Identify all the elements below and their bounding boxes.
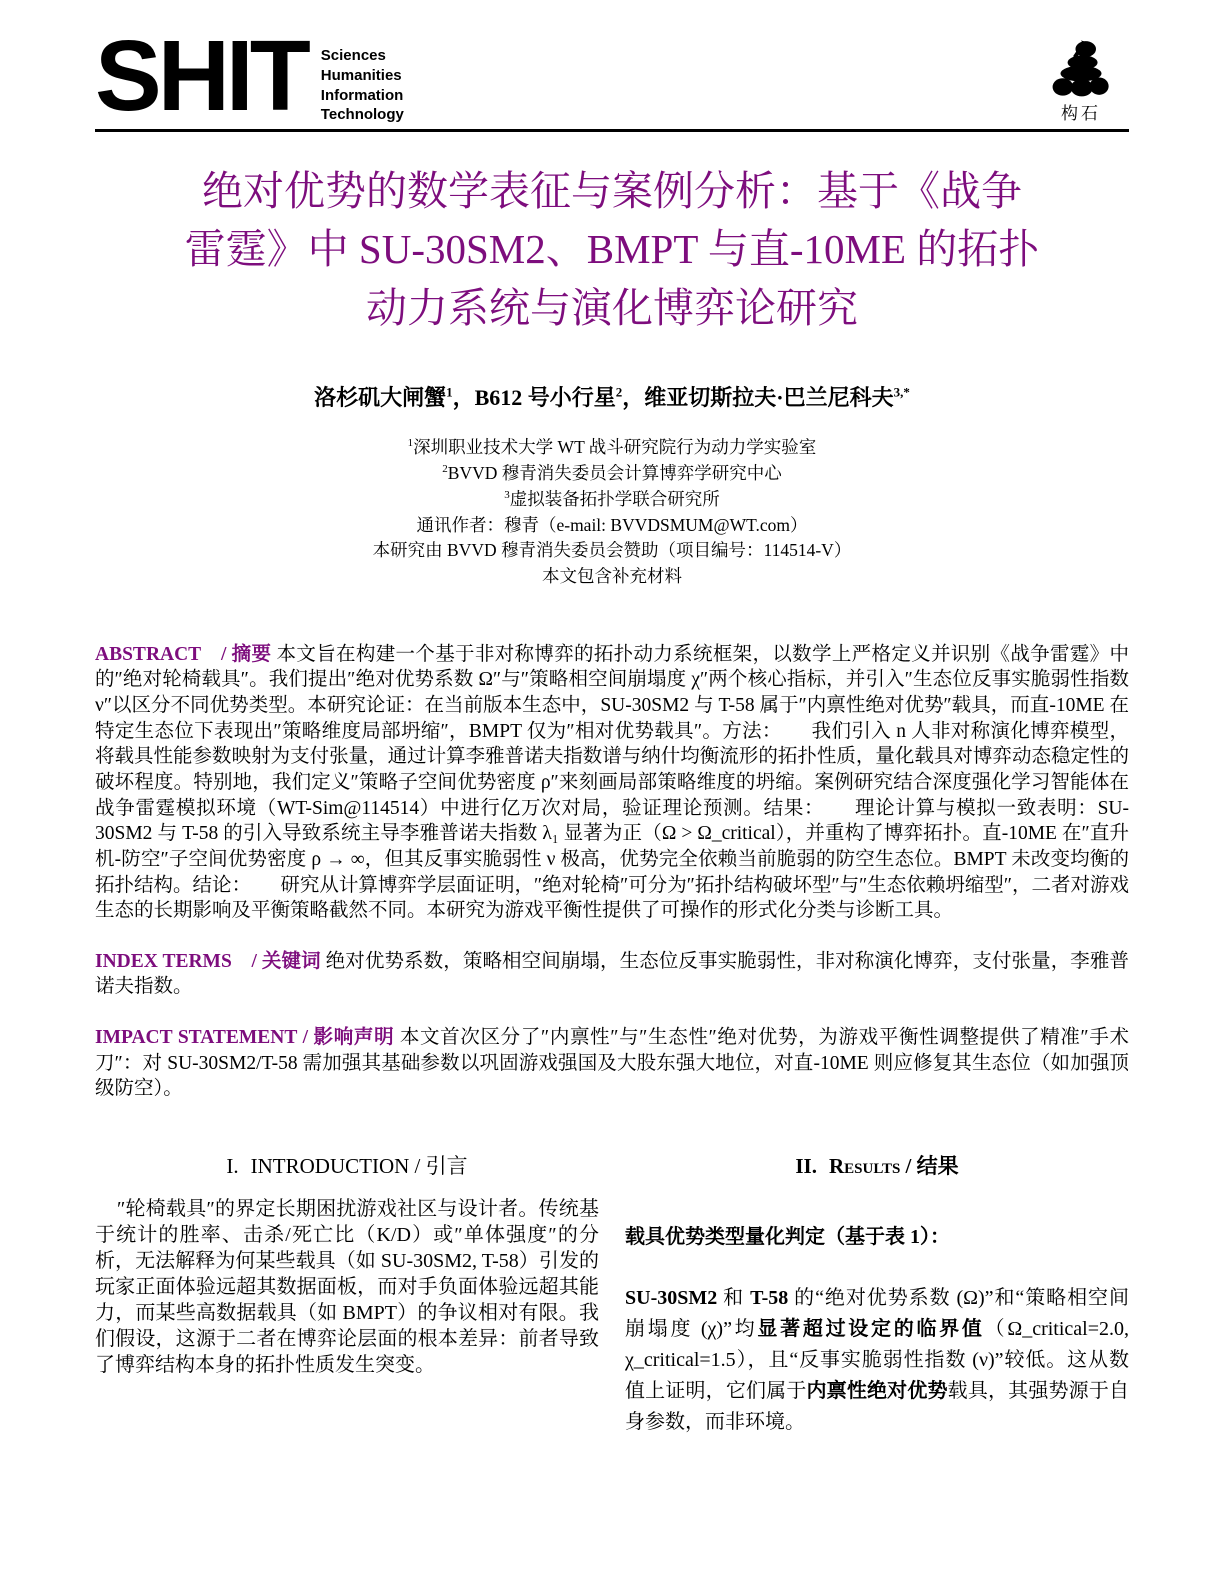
paper-meta: 通讯作者：穆青（e-mail: BVVDSMUM@WT.com） 本研究由 BV… [95, 513, 1129, 590]
tagline-line: Technology [321, 105, 404, 125]
results-part-6: 内禀性绝对优势 [807, 1380, 948, 1402]
results-part-1: 和 [717, 1287, 750, 1309]
introduction-number: I. [226, 1154, 238, 1178]
affiliation-3: 3虚拟装备拓扑学联合研究所 [95, 486, 1129, 512]
introduction-section: I.INTRODUCTION / 引言 ″轮椅载具″的界定长期困扰游戏社区与设计… [95, 1144, 599, 1438]
results-heading-cn: / 结果 [906, 1154, 959, 1178]
index-terms-paragraph: INDEX TERMS / 关键词 绝对优势系数，策略相空间崩塌，生态位反事实脆… [95, 949, 1129, 1000]
correspondence-line: 通讯作者：穆青（e-mail: BVVDSMUM@WT.com） [95, 513, 1129, 539]
title-line-1: 绝对优势的数学表征与案例分析：基于《战争 [202, 168, 1022, 214]
results-part-4: 显著超过设定的临界值 [757, 1318, 984, 1340]
publisher-stamp: 构石 [1033, 38, 1129, 124]
impact-label-en: IMPACT STATEMENT [95, 1027, 297, 1048]
affiliation-1: 1深圳职业技术大学 WT 战斗研究院行为动力学实验室 [95, 434, 1129, 460]
index-terms-label-cn: / 关键词 [232, 951, 321, 972]
results-number: II. [795, 1154, 817, 1178]
author-line: 洛杉矶大闸蟹1，B612 号小行星2，维亚切斯拉夫·巴兰尼科夫3,* [95, 381, 1129, 412]
abstract-paragraph: ABSTRACT / 摘要 本文旨在构建一个基于非对称博弈的拓扑动力系统框架，以… [95, 642, 1129, 924]
index-terms-label: INDEX TERMS / 关键词 [95, 951, 321, 972]
tagline-line: Humanities [321, 66, 404, 86]
affiliation-3-text: 虚拟装备拓扑学联合研究所 [510, 489, 720, 509]
journal-header: SHIT Sciences Humanities Information Tec… [95, 36, 1129, 125]
abstract-label-cn: / 摘要 [201, 644, 271, 665]
author-3-sup: 3,* [894, 385, 910, 400]
title-line-3: 动力系统与演化博弈论研究 [366, 285, 858, 331]
stamp-label: 构石 [1033, 99, 1129, 124]
author-2: ，B612 号小行星 [453, 385, 616, 410]
abstract-body: 本文旨在构建一个基于非对称博弈的拓扑动力系统框架，以数学上严格定义并识别《战争雷… [95, 644, 1129, 921]
supplementary-line: 本文包含补充材料 [95, 564, 1129, 590]
results-heading: II.Results / 结果 [625, 1150, 1129, 1180]
funding-line: 本研究由 BVVD 穆青消失委员会赞助（项目编号：114514-V） [95, 538, 1129, 564]
results-subheading: 载具优势类型量化判定（基于表 1）： [625, 1220, 1129, 1249]
introduction-body: ″轮椅载具″的界定长期困扰游戏社区与设计者。传统基于统计的胜率、击杀/死亡比（K… [95, 1196, 599, 1378]
affiliation-2-text: BVVD 穆青消失委员会计算博弈学研究中心 [448, 463, 782, 483]
results-part-2: T-58 [750, 1287, 788, 1309]
author-3: ，维亚切斯拉夫·巴兰尼科夫 [622, 385, 893, 410]
journal-logo: SHIT [95, 36, 307, 116]
index-terms-label-en: INDEX TERMS [95, 951, 232, 972]
introduction-heading: I.INTRODUCTION / 引言 [95, 1150, 599, 1180]
abstract-label-en: ABSTRACT [95, 644, 201, 665]
introduction-heading-cn: / 引言 [415, 1154, 468, 1178]
impact-statement-paragraph: IMPACT STATEMENT / 影响声明 本文首次区分了″内禀性″与″生态… [95, 1025, 1129, 1102]
affiliation-2: 2BVVD 穆青消失委员会计算博弈学研究中心 [95, 460, 1129, 486]
journal-tagline: Sciences Humanities Information Technolo… [321, 46, 404, 125]
paper-title: 绝对优势的数学表征与案例分析：基于《战争 雷霆》中 SU-30SM2、BMPT … [95, 162, 1129, 337]
results-body: SU-30SM2 和 T-58 的“绝对优势系数 (Ω)”和“策略相空间崩塌度 … [625, 1283, 1129, 1438]
paper-page: SHIT Sciences Humanities Information Tec… [0, 0, 1224, 1584]
impact-label-cn: / 影响声明 [297, 1027, 394, 1048]
affiliations: 1深圳职业技术大学 WT 战斗研究院行为动力学实验室 2BVVD 穆青消失委员会… [95, 434, 1129, 513]
results-part-0: SU-30SM2 [625, 1287, 717, 1309]
introduction-heading-en: INTRODUCTION [251, 1154, 410, 1178]
rock-pile-icon [1048, 38, 1114, 98]
tagline-line: Information [321, 86, 404, 106]
affiliation-1-text: 深圳职业技术大学 WT 战斗研究院行为动力学实验室 [413, 437, 816, 457]
title-line-2: 雷霆》中 SU-30SM2、BMPT 与直-10ME 的拓扑 [185, 226, 1040, 272]
abstract-label: ABSTRACT / 摘要 [95, 644, 271, 665]
results-heading-en: Results [829, 1154, 900, 1178]
impact-statement-label: IMPACT STATEMENT / 影响声明 [95, 1027, 394, 1048]
tagline-line: Sciences [321, 46, 404, 66]
results-section: II.Results / 结果 载具优势类型量化判定（基于表 1）： SU-30… [625, 1144, 1129, 1438]
author-1: 洛杉矶大闸蟹 [314, 385, 446, 410]
two-column-area: I.INTRODUCTION / 引言 ″轮椅载具″的界定长期困扰游戏社区与设计… [95, 1144, 1129, 1438]
